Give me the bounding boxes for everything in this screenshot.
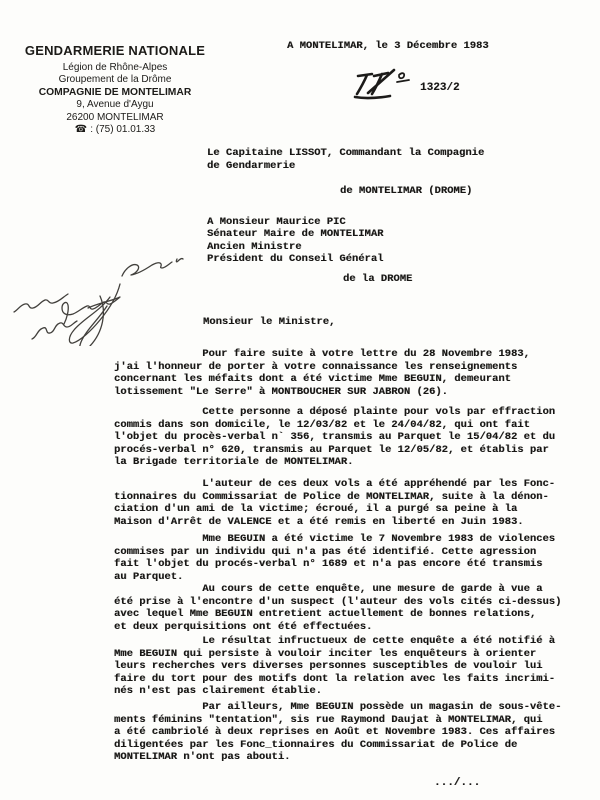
address-block: Le Capitaine LISSOT, Commandant la Compa… — [207, 147, 484, 286]
recipient-title-2: Ancien Ministre — [207, 241, 484, 254]
letterhead-groupement: Groupement de la Drôme — [14, 74, 216, 86]
handwritten-numero-icon — [352, 66, 414, 104]
sender-title-line2: de Gendarmerie — [207, 160, 484, 173]
recipient-place: de la DROME — [207, 273, 484, 286]
letterhead: GENDARMERIE NATIONALE Légion de Rhône-Al… — [14, 44, 216, 136]
body-paragraph: Le résultat infructueux de cette enquête… — [114, 635, 555, 698]
telephone-icon: ☎ — [75, 124, 87, 135]
letterhead-compagnie: COMPAGNIE DE MONTELIMAR — [14, 87, 216, 99]
recipient-title-3: Président du Conseil Général — [207, 253, 484, 266]
body-paragraph: L'auteur de ces deux vols a été appréhen… — [114, 478, 555, 528]
letterhead-phone-line: ☎: (75) 01.01.33 — [14, 124, 216, 136]
body-paragraph: Par ailleurs, Mme BEGUIN possède un maga… — [114, 701, 561, 764]
salutation: Monsieur le Ministre, — [203, 316, 335, 329]
recipient-title-1: Sénateur Maire de MONTELIMAR — [207, 228, 484, 241]
dateline: A MONTELIMAR, le 3 Décembre 1983 — [287, 40, 489, 53]
letterhead-city: 26200 MONTELIMAR — [14, 112, 216, 124]
sender-place: de MONTELIMAR (DROME) — [207, 185, 484, 198]
body-paragraph: Cette personne a déposé plainte pour vol… — [114, 406, 555, 469]
letterhead-street: 9, Avenue d'Aygu — [14, 99, 216, 111]
recipient-name: A Monsieur Maurice PIC — [207, 216, 484, 229]
letterhead-legion: Légion de Rhône-Alpes — [14, 62, 216, 74]
handwritten-annotation-signature — [2, 196, 197, 346]
body-paragraph: Pour faire suite à votre lettre du 28 No… — [114, 348, 530, 398]
continuation-mark: .../... — [434, 777, 480, 790]
body-paragraph: Mme BEGUIN a été victime le 7 Novembre 1… — [114, 533, 561, 633]
sender-title-line1: Le Capitaine LISSOT, Commandant la Compa… — [207, 147, 484, 160]
scanned-letter-page: GENDARMERIE NATIONALE Légion de Rhône-Al… — [0, 0, 600, 800]
reference-number: 1323/2 — [420, 82, 460, 95]
letterhead-org-name: GENDARMERIE NATIONALE — [14, 44, 216, 58]
letterhead-phone-number: : (75) 01.01.33 — [90, 124, 155, 135]
